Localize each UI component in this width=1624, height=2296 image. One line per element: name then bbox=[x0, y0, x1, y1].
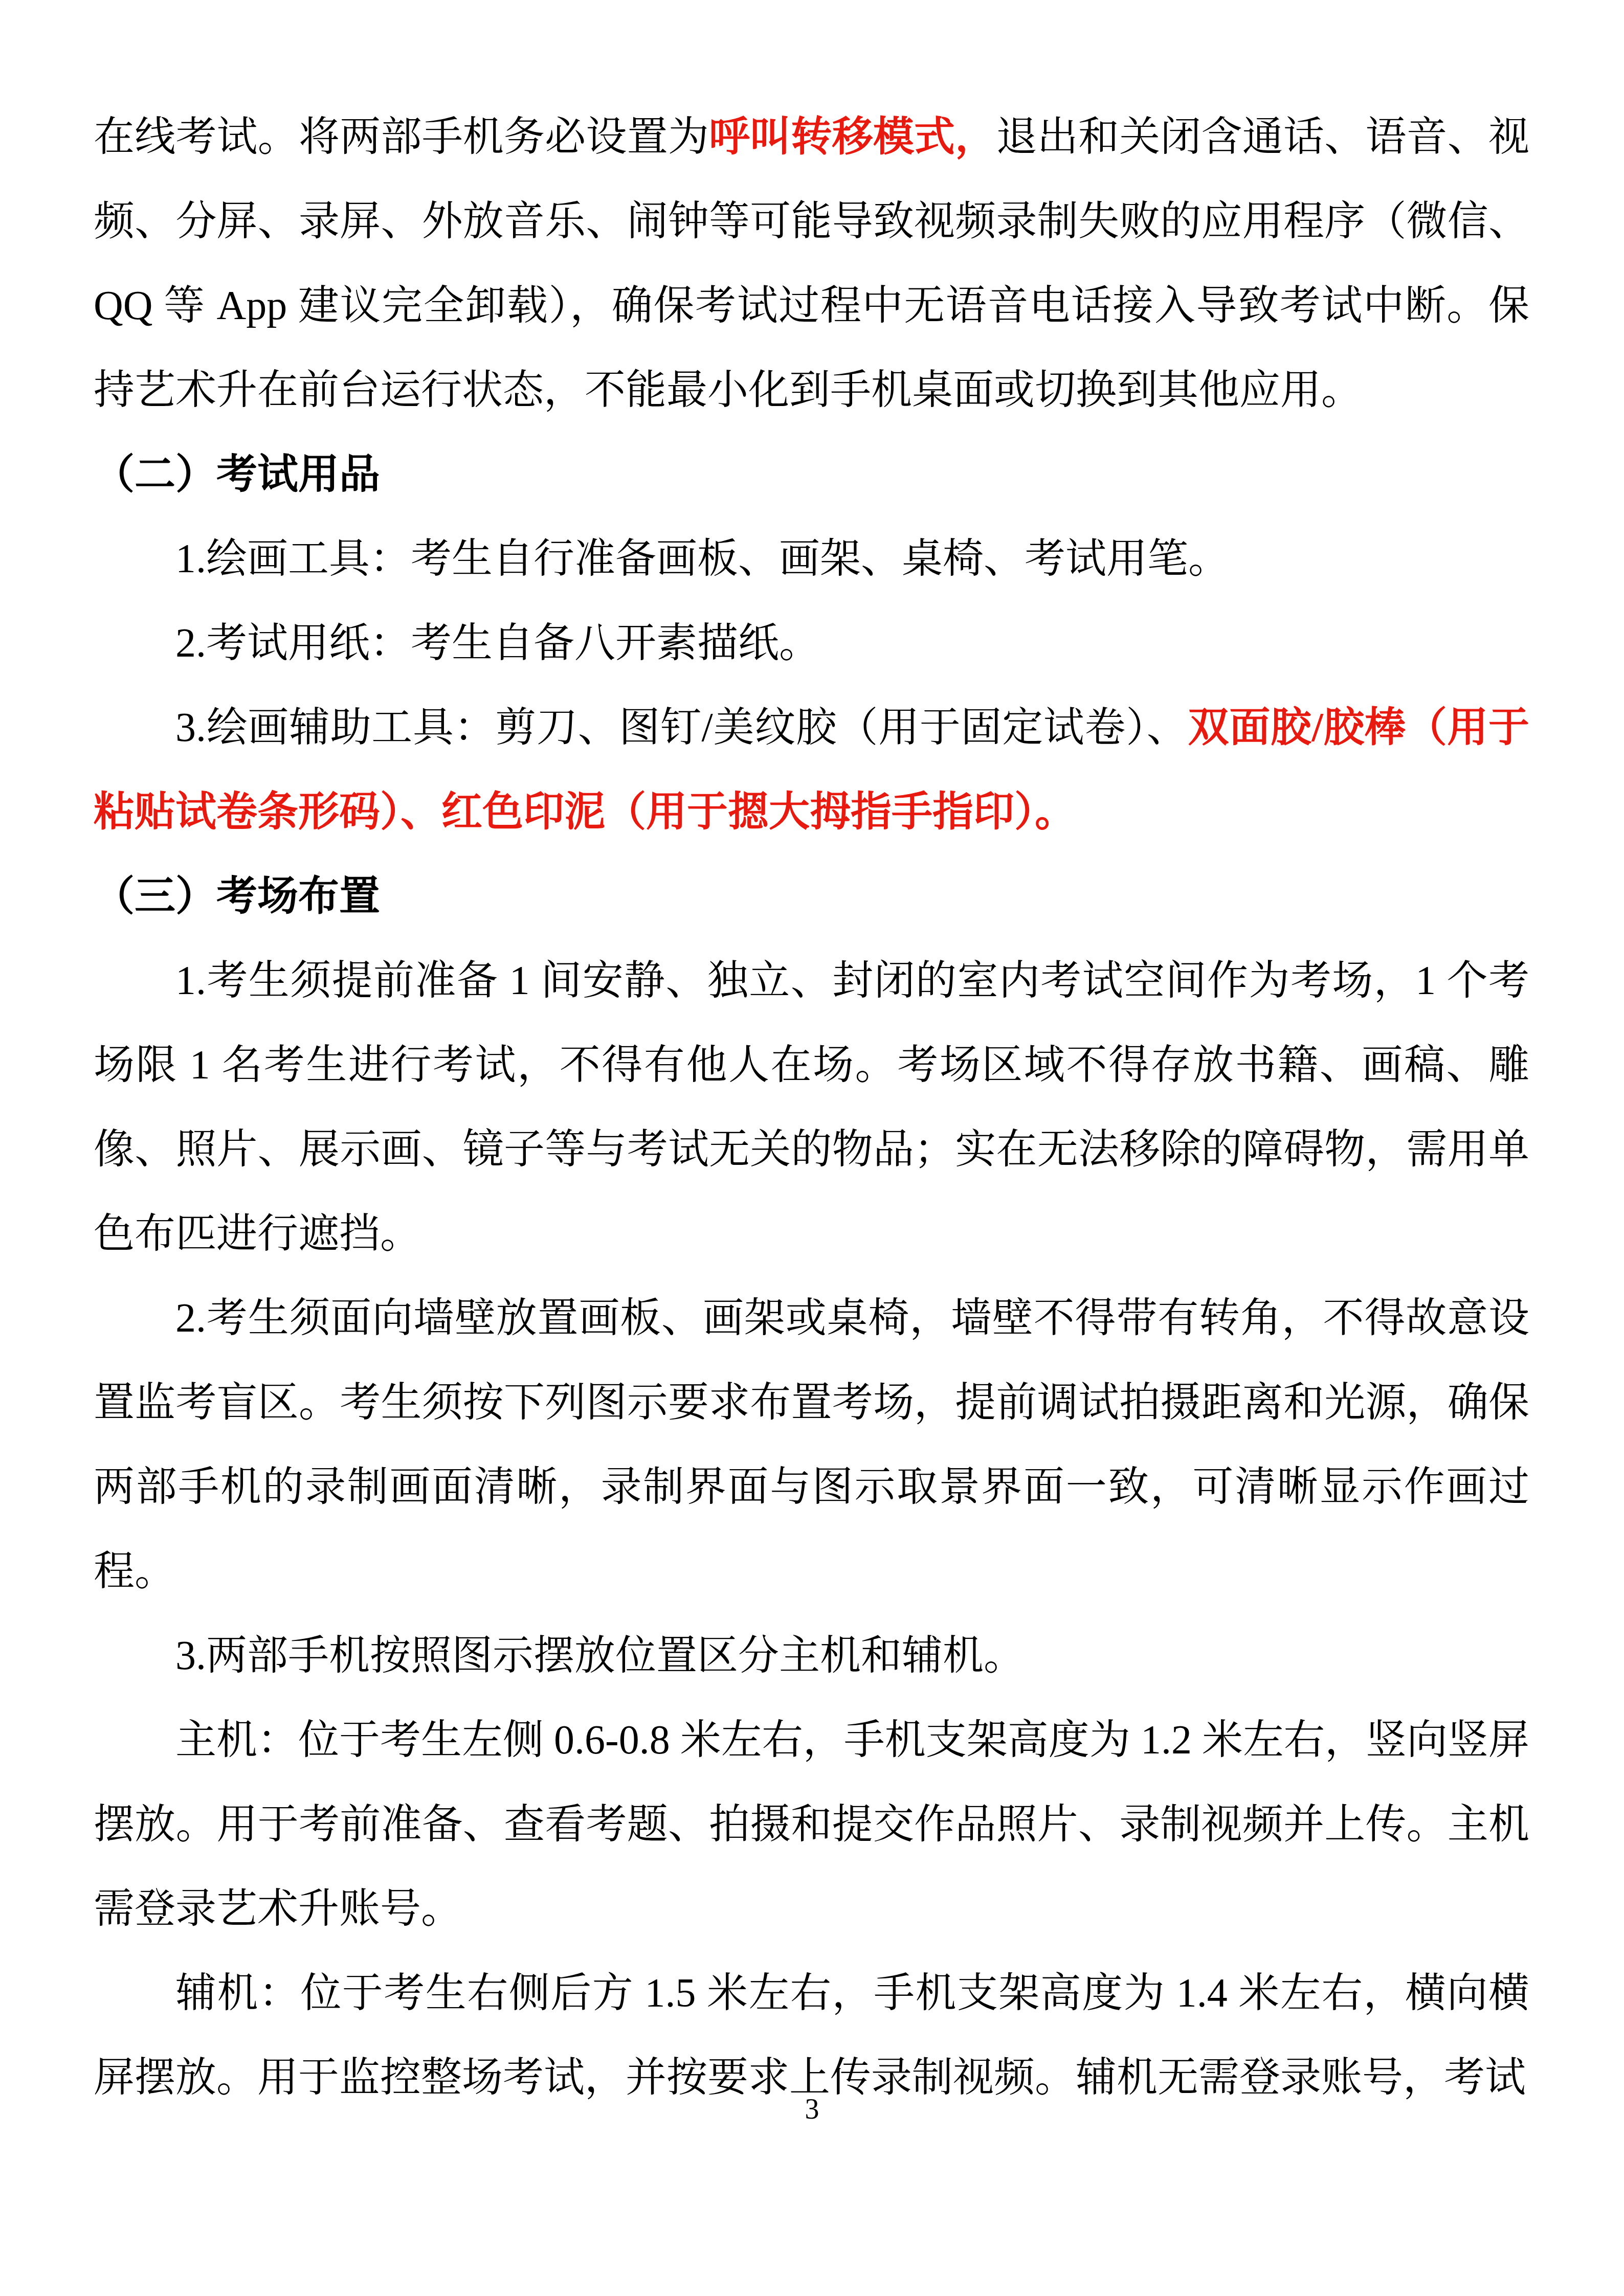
page-number: 3 bbox=[0, 2091, 1624, 2127]
section-heading-exam-supplies: （二）考试用品 bbox=[94, 433, 1529, 517]
section-heading-exam-room-setup: （三）考场布置 bbox=[94, 854, 1529, 939]
paragraph-intro: 在线考试。将两部手机务必设置为呼叫转移模式，退出和关闭含通话、语音、视频、分屏、… bbox=[94, 95, 1529, 433]
highlight-call-forwarding-mode: 呼叫转移模式， bbox=[709, 115, 996, 160]
paragraph-wall-placement: 2.考生须面向墙壁放置画板、画架或桌椅，墙壁不得带有转角，不得故意设置监考盲区。… bbox=[94, 1276, 1529, 1614]
paragraph-main-phone: 主机：位于考生左侧 0.6-0.8 米左右，手机支架高度为 1.2 米左右，竖向… bbox=[94, 1698, 1529, 1951]
intro-text-before-highlight: 在线考试。将两部手机务必设置为 bbox=[94, 115, 709, 160]
paragraph-phone-positions: 3.两部手机按照图示摆放位置区分主机和辅机。 bbox=[94, 1614, 1529, 1698]
item-exam-paper: 2.考试用纸：考生自备八开素描纸。 bbox=[94, 601, 1529, 686]
document-page: 在线考试。将两部手机务必设置为呼叫转移模式，退出和关闭含通话、语音、视频、分屏、… bbox=[0, 0, 1624, 2296]
auxiliary-tools-text: 3.绘画辅助工具：剪刀、图钉/美纹胶（用于固定试卷）、 bbox=[175, 705, 1188, 750]
document-body: 在线考试。将两部手机务必设置为呼叫转移模式，退出和关闭含通话、语音、视频、分屏、… bbox=[0, 0, 1624, 2120]
item-drawing-tools: 1.绘画工具：考生自行准备画板、画架、桌椅、考试用笔。 bbox=[94, 517, 1529, 601]
paragraph-exam-room-requirements: 1.考生须提前准备 1 间安静、独立、封闭的室内考试空间作为考场，1 个考场限 … bbox=[94, 939, 1529, 1276]
item-auxiliary-tools: 3.绘画辅助工具：剪刀、图钉/美纹胶（用于固定试卷）、双面胶/胶棒（用于粘贴试卷… bbox=[94, 686, 1529, 854]
